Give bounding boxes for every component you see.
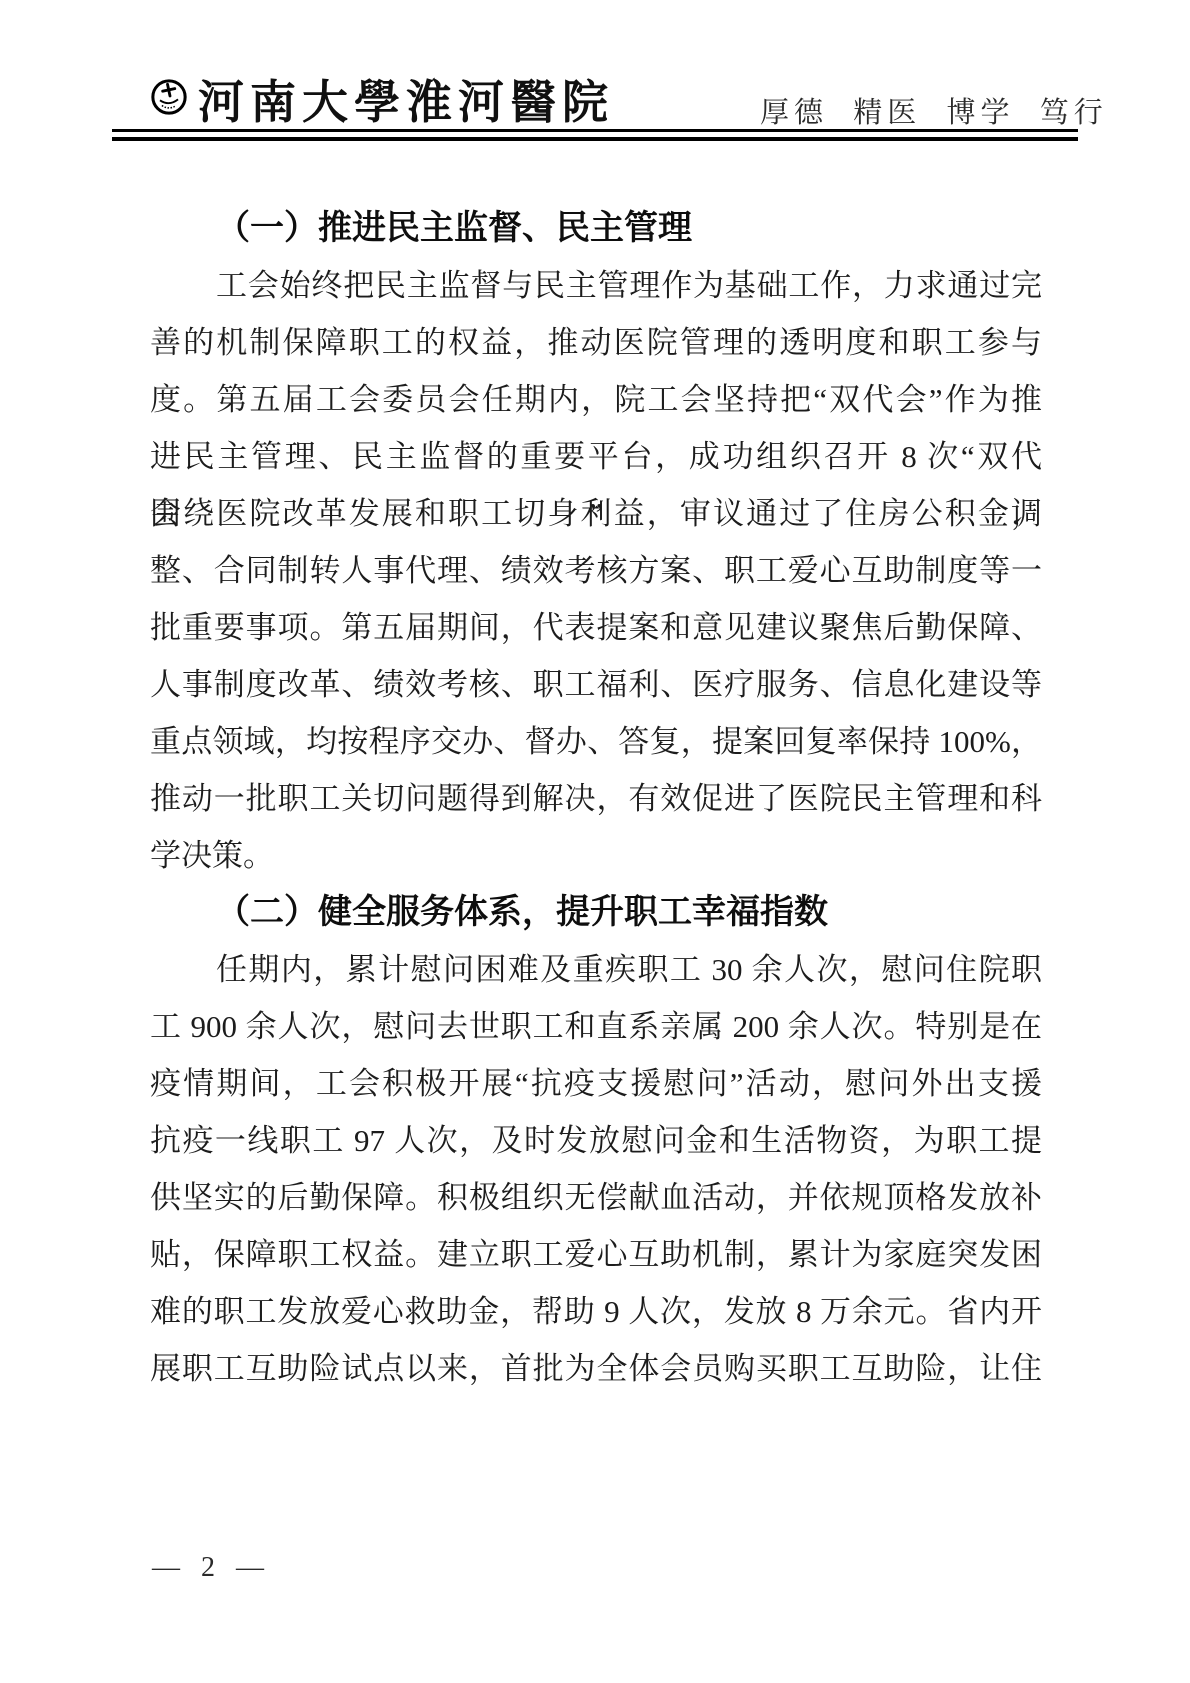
text-line: 进民主管理、民主监督的重要平台，成功组织召开 8 次“双代会”，: [150, 428, 1042, 485]
text-line: 工 900 余人次，慰问去世职工和直系亲属 200 余人次。特别是在: [150, 998, 1042, 1055]
text-line: 贴，保障职工权益。建立职工爱心互助机制，累计为家庭突发困: [150, 1226, 1042, 1283]
text-line: 学决策。: [150, 827, 1042, 884]
text-line: 任期内，累计慰问困难及重疾职工 30 余人次，慰问住院职: [150, 941, 1042, 998]
text-line: 批重要事项。第五届期间，代表提案和意见建议聚焦后勤保障、: [150, 599, 1042, 656]
text-line: 推动一批职工关切问题得到解决，有效促进了医院民主管理和科: [150, 770, 1042, 827]
text-line: 展职工互助险试点以来，首批为全体会员购买职工互助险，让住: [150, 1340, 1042, 1397]
document-body: （一）推进民主监督、民主管理工会始终把民主监督与民主管理作为基础工作，力求通过完…: [150, 200, 1042, 1397]
text-line: 度。第五届工会委员会任期内，院工会坚持把“双代会”作为推: [150, 371, 1042, 428]
text-line: 围绕医院改革发展和职工切身利益，审议通过了住房公积金调: [150, 485, 1042, 542]
section-heading: （一）推进民主监督、民主管理: [150, 200, 1042, 257]
hospital-name: 河南大學淮河醫院: [198, 66, 614, 132]
text-line: 难的职工发放爱心救助金，帮助 9 人次，发放 8 万余元。省内开: [150, 1283, 1042, 1340]
document-page: 河南大學淮河醫院 厚德 精医 博学 笃行 （一）推进民主监督、民主管理工会始终把…: [0, 0, 1190, 1683]
page-number: — 2 —: [152, 1552, 264, 1584]
hospital-motto: 厚德 精医 博学 笃行: [760, 90, 1108, 131]
text-line: 重点领域，均按程序交办、督办、答复，提案回复率保持 100%，: [150, 713, 1042, 770]
text-line: 整、合同制转人事代理、绩效考核方案、职工爱心互助制度等一: [150, 542, 1042, 599]
text-line: 供坚实的后勤保障。积极组织无偿献血活动，并依规顶格发放补: [150, 1169, 1042, 1226]
header-rule: [112, 129, 1078, 141]
section-heading: （二）健全服务体系，提升职工幸福指数: [150, 884, 1042, 941]
text-line: 人事制度改革、绩效考核、职工福利、医疗服务、信息化建设等: [150, 656, 1042, 713]
text-line: 抗疫一线职工 97 人次，及时发放慰问金和生活物资，为职工提: [150, 1112, 1042, 1169]
hospital-emblem-icon: [150, 78, 188, 116]
text-line: 疫情期间，工会积极开展“抗疫支援慰问”活动，慰问外出支援: [150, 1055, 1042, 1112]
text-line: 善的机制保障职工的权益，推动医院管理的透明度和职工参与: [150, 314, 1042, 371]
text-line: 工会始终把民主监督与民主管理作为基础工作，力求通过完: [150, 257, 1042, 314]
